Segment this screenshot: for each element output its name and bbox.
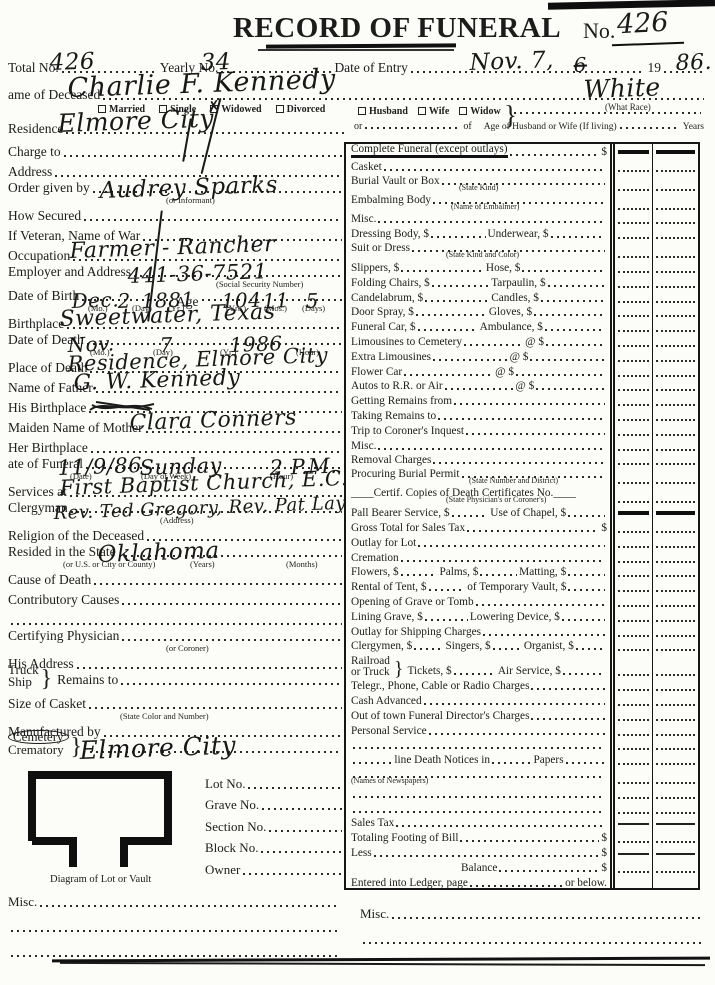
dotted-leader	[551, 236, 605, 238]
charge-label	[346, 786, 610, 801]
charge-text: Lining Grave, $	[351, 612, 423, 623]
amount-cell	[652, 423, 698, 438]
or-label: or	[354, 121, 362, 132]
dotted-leader	[530, 359, 605, 361]
form-field-row: Contributory Causes	[8, 588, 345, 608]
field-label: Lot No.	[205, 776, 245, 792]
dotted-leader	[568, 589, 605, 591]
charge-text: Cash Advanced	[351, 696, 422, 707]
amount-cell	[610, 438, 652, 453]
amount-cell	[652, 453, 698, 468]
misc-label: Misc.	[360, 906, 389, 922]
field-label: Charge to	[8, 144, 61, 160]
charge-label: Funeral Car, $Ambulance, $	[346, 319, 610, 334]
field-label: Contributory Causes	[8, 592, 119, 608]
dotted-leader	[510, 154, 600, 156]
amount-cell	[610, 678, 652, 693]
charge-label: Autos to R.R. or Air@ $	[346, 379, 610, 394]
dotted-leader	[522, 270, 605, 272]
charge-label: Taking Remains to	[346, 408, 610, 423]
charge-text: Flower Car	[351, 367, 402, 378]
field-label: Services at	[8, 484, 67, 500]
amount-cell	[610, 830, 652, 845]
field-label: Block No.	[205, 840, 258, 856]
charge-label: Lining Grave, $Lowering Device, $	[346, 609, 610, 624]
amount-cell	[610, 275, 652, 290]
dotted-leader	[378, 221, 605, 223]
charge-label: Flowers, $Palms, $Matting, $	[346, 565, 610, 580]
title-underline	[266, 43, 456, 48]
dotted-leader	[401, 574, 438, 576]
dotted-leader	[77, 667, 342, 669]
amount-cell	[610, 174, 652, 193]
charge-label: ____Certif. Copies of Death Certificates…	[346, 486, 610, 505]
charge-label: Sales Tax	[346, 816, 610, 831]
amount-cell	[652, 860, 698, 875]
charge-text: Pall Bearer Service, $	[351, 508, 450, 519]
amount-cell	[610, 609, 652, 624]
charge-text: Getting Remains from	[351, 396, 452, 407]
dotted-leader	[514, 112, 701, 114]
dotted-leader	[353, 747, 605, 749]
amount-cell	[652, 349, 698, 364]
amount-cell	[652, 816, 698, 831]
blank-line	[8, 910, 342, 935]
dotted-leader	[562, 619, 605, 621]
amount-cell	[610, 379, 652, 394]
charge-row: Dressing Body, $Underwear, $	[346, 226, 698, 241]
spouse-checkbox-row: HusbandWifeWidow	[358, 104, 704, 117]
charge-row: Totaling Footing of Bill$	[346, 830, 698, 845]
charge-label: Removal Charges	[346, 453, 610, 468]
charge-text: Misc.	[351, 214, 376, 225]
dotted-leader	[454, 403, 605, 405]
charge-text: $	[601, 147, 607, 158]
amount-cell	[652, 624, 698, 639]
charge-row: Trip to Coroner's Inquest	[346, 423, 698, 438]
charge-text: Flowers, $	[351, 567, 399, 578]
charge-text: Underwear, $	[488, 229, 549, 240]
form-field-row: Her Birthplace	[8, 436, 345, 456]
of-label: of	[463, 121, 471, 132]
charge-text: $	[601, 833, 607, 844]
charge-label: Clergymen, $Singers, $Organist, $	[346, 639, 610, 654]
charge-row	[346, 786, 698, 801]
amount-cell	[652, 364, 698, 379]
dotted-leader	[414, 648, 443, 650]
charge-label: Balance$	[346, 860, 610, 875]
dotted-leader	[418, 545, 605, 547]
dotted-leader	[122, 603, 342, 605]
dotted-leader	[531, 718, 605, 720]
charge-row	[346, 738, 698, 753]
charge-label: Misc.	[346, 212, 610, 227]
name-row: ame of Deceased Charlie F. Kennedy White…	[8, 76, 707, 103]
amount-cell	[610, 144, 652, 159]
charge-text: Limousines to Cemetery	[351, 337, 462, 348]
charge-text: Folding Chairs, $	[351, 278, 430, 289]
charge-text: Matting, $	[519, 567, 566, 578]
form-field-row: TruckShip}Remains to	[8, 672, 345, 696]
charge-label: Getting Remains from	[346, 393, 610, 408]
charge-label: Complete Funeral (except outlays)$	[346, 144, 610, 159]
dotted-leader	[11, 930, 339, 932]
dotted-leader	[384, 169, 605, 171]
brace-icon: }	[41, 670, 53, 688]
lot-field-row: Lot No.	[205, 770, 345, 792]
dotted-leader	[545, 329, 605, 331]
dotted-leader	[248, 787, 342, 789]
charge-row: Getting Remains from	[346, 393, 698, 408]
lot-field-row: Block No.	[205, 835, 345, 857]
form-field-row: Certifying Physician(or Coroner)	[8, 628, 345, 652]
dotted-leader	[396, 825, 605, 827]
brace-label: CemeteryCrematory	[8, 730, 69, 756]
amount-cell	[652, 438, 698, 453]
amount-cell	[652, 260, 698, 275]
brace-icon: }	[504, 100, 517, 131]
charge-text: Less	[351, 848, 372, 859]
amount-cell	[610, 752, 652, 767]
charge-row: Door Spray, $Gloves, $	[346, 305, 698, 320]
form-field-row: Order given byAudrey Sparks(or Informant…	[8, 180, 345, 204]
amount-cell	[652, 786, 698, 801]
amount-cell	[610, 816, 652, 831]
charge-text: line Death Notices in	[394, 755, 490, 766]
amount-cell	[652, 290, 698, 305]
amount-cell	[652, 738, 698, 753]
charge-row: Candelabrum, $Candles, $	[346, 290, 698, 305]
charge-row: Balance$	[346, 860, 698, 875]
dotted-leader	[122, 639, 342, 641]
charge-text: @ $	[510, 352, 529, 363]
charge-label: Less$	[346, 845, 610, 860]
checkbox-widow: Widow	[459, 106, 500, 117]
blank-line	[8, 935, 342, 960]
charge-text: Suit or Dress	[351, 243, 410, 254]
amount-cell	[610, 653, 652, 678]
charge-label	[346, 801, 610, 816]
form-field-row: Size of Casket(State Color and Number)	[8, 696, 345, 720]
field-label: Owner	[205, 862, 240, 878]
field-label: Order given by	[8, 180, 90, 196]
form-field-row: Name of FatherG. W. Kennedy	[8, 376, 345, 396]
amount-cell	[652, 653, 698, 678]
dotted-leader	[94, 583, 342, 585]
dotted-leader	[492, 762, 531, 764]
lot-field-row: Section No.	[205, 813, 345, 835]
charge-text: Candelabrum, $	[351, 293, 423, 304]
handwritten-value: G. W. Kennedy	[73, 367, 240, 395]
charge-row: Sales Tax	[346, 816, 698, 831]
charge-text: Totaling Footing of Bill	[351, 833, 458, 844]
field-label: Her Birthplace	[8, 440, 88, 456]
charge-text: @ $	[495, 367, 514, 378]
amount-cell	[652, 875, 698, 890]
amount-cell	[652, 693, 698, 708]
charge-row: line Death Notices inPapers	[346, 752, 698, 767]
dotted-leader	[353, 762, 392, 764]
dotted-leader	[438, 418, 605, 420]
charge-text: Singers, $	[445, 641, 490, 652]
dotted-leader	[563, 673, 605, 675]
field-label: How Secured	[8, 208, 81, 224]
spouse-or-row: or of Age of Husband or Wife (If living)…	[352, 117, 704, 132]
charge-row: Gross Total for Sales Tax$	[346, 520, 698, 535]
dotted-leader	[11, 955, 339, 957]
charge-label: Folding Chairs, $Tarpaulin, $	[346, 275, 610, 290]
charge-text: Funeral Car, $	[351, 322, 416, 333]
charge-label: Trip to Coroner's Inquest	[346, 423, 610, 438]
misc-section-left: Misc.	[8, 886, 342, 960]
dotted-leader	[483, 634, 605, 636]
form-field-row: His Address	[8, 652, 345, 672]
amount-cell	[610, 349, 652, 364]
dotted-leader	[516, 374, 605, 376]
form-field-row: How Secured	[8, 204, 345, 224]
amount-cell	[610, 801, 652, 816]
charge-text: Tickets, $	[408, 666, 452, 677]
funeral-record-scan: RECORD OF FUNERAL No. 426 Total No. Year…	[0, 0, 715, 985]
amount-cell	[652, 752, 698, 767]
blank-line	[360, 922, 704, 947]
charge-row: Procuring Burial Permit(State Number and…	[346, 467, 698, 486]
charge-label: line Death Notices inPapers	[346, 752, 610, 767]
amount-cell	[652, 408, 698, 423]
charge-row: Pall Bearer Service, $Use of Chapel, $	[346, 505, 698, 520]
spouse-block: HusbandWifeWidow or of Age of Husband or…	[352, 104, 706, 132]
brace-label: Railroador Truck	[351, 656, 390, 677]
charge-label: Casket	[346, 159, 610, 174]
charge-text: Gross Total for Sales Tax	[351, 523, 465, 534]
dotted-leader	[353, 811, 605, 813]
field-label: Birthplace	[8, 316, 64, 332]
charge-text: Slippers, $	[351, 263, 399, 274]
dotted-leader	[374, 855, 600, 857]
dotted-leader	[418, 329, 478, 331]
dotted-leader	[566, 762, 605, 764]
charge-row: Folding Chairs, $Tarpaulin, $	[346, 275, 698, 290]
charge-row: Autos to R.R. or Air@ $	[346, 379, 698, 394]
amount-cell	[652, 226, 698, 241]
document-number-label: No.	[583, 18, 615, 44]
name-of-deceased-value: Charlie F. Kennedy	[67, 66, 336, 102]
dotted-leader	[84, 219, 342, 221]
dotted-leader	[534, 314, 605, 316]
dotted-leader	[460, 840, 599, 842]
amount-cell	[652, 486, 698, 505]
checkbox-husband: Husband	[358, 106, 408, 117]
amount-cell	[610, 845, 652, 860]
charge-text: Burial Vault or Box	[351, 176, 440, 187]
bottom-rule-2	[60, 962, 705, 966]
dotted-leader	[568, 515, 605, 517]
charge-text: $	[601, 848, 607, 859]
dotted-leader	[401, 270, 484, 272]
charges-box: Complete Funeral (except outlays)$Casket…	[344, 142, 700, 890]
amount-cell	[610, 226, 652, 241]
form-field-row: Charge to	[8, 140, 345, 160]
amount-cell	[652, 174, 698, 193]
amount-cell	[610, 453, 652, 468]
dotted-leader	[432, 285, 489, 287]
charge-text: Hose, $	[486, 263, 521, 274]
charge-text: Procuring Burial Permit	[351, 469, 460, 480]
charge-label: Railroador Truck}Tickets, $Air Service, …	[346, 653, 610, 678]
dotted-leader	[404, 374, 493, 376]
lot-field-row: Owner	[205, 856, 345, 878]
dotted-leader	[466, 433, 605, 435]
charge-label: Door Spray, $Gloves, $	[346, 305, 610, 320]
charge-row: Complete Funeral (except outlays)$	[346, 144, 698, 159]
charge-row: Casket	[346, 159, 698, 174]
charge-text: of Temporary Vault, $	[467, 582, 566, 593]
dotted-leader	[531, 688, 605, 690]
amount-cell	[652, 767, 698, 786]
amount-cell	[610, 290, 652, 305]
amount-cell	[652, 723, 698, 738]
dotted-leader	[401, 560, 605, 562]
charge-sublabel: (Name of Embalmer)	[451, 201, 519, 212]
charge-label: Extra Limousines@ $	[346, 349, 610, 364]
charge-text: Sales Tax	[351, 818, 394, 829]
charge-text: Tarpaulin, $	[491, 278, 545, 289]
charge-row: Cremation	[346, 550, 698, 565]
charge-text: Air Service, $	[498, 666, 561, 677]
amount-cell	[652, 550, 698, 565]
amount-cell	[610, 708, 652, 723]
form-field-row: Resided in the StateOklahoma(or U.S. or …	[8, 544, 345, 568]
amount-cell	[652, 334, 698, 349]
amount-cell	[652, 159, 698, 174]
charge-label: Rental of Tent, $of Temporary Vault, $	[346, 579, 610, 594]
date-of-entry-scribble: 6	[573, 55, 587, 75]
charge-sublabel: (Names of Newspapers)	[351, 775, 428, 786]
charge-text: Telegr., Phone, Cable or Radio Charges	[351, 681, 529, 692]
amount-cell	[652, 505, 698, 520]
amount-cell	[610, 723, 652, 738]
charge-row	[346, 801, 698, 816]
charge-label: Opening of Grave or Tomb	[346, 594, 610, 609]
amount-cell	[610, 860, 652, 875]
residence-label: Residence	[8, 121, 63, 137]
charge-row: Suit or Dress(State Kind and Color)	[346, 241, 698, 260]
brace-icon: }	[394, 661, 404, 677]
checkbox-icon	[459, 107, 467, 115]
field-label: Date of Birth	[8, 288, 79, 304]
charge-text: Entered into Ledger, page	[351, 878, 468, 889]
dotted-leader	[433, 462, 605, 464]
dotted-leader	[541, 300, 605, 302]
charge-label: Flower Car@ $	[346, 364, 610, 379]
charge-text: Organist, $	[524, 641, 574, 652]
charge-row: Outlay for Lot	[346, 535, 698, 550]
amount-cell	[652, 393, 698, 408]
charge-text: Opening of Grave or Tomb	[351, 597, 474, 608]
amount-cell	[652, 212, 698, 227]
dotted-leader	[452, 515, 489, 517]
dotted-leader	[476, 604, 605, 606]
charge-text: Outlay for Shipping Charges	[351, 627, 481, 638]
amount-cell	[652, 144, 698, 159]
charge-text: Out of town Funeral Director's Charges	[351, 711, 529, 722]
field-label: Employer and Address	[8, 264, 131, 280]
dotted-leader	[454, 673, 496, 675]
field-label: His Birthplace	[8, 400, 86, 416]
amount-cell	[610, 305, 652, 320]
dotted-leader	[546, 344, 605, 346]
amount-cell	[610, 319, 652, 334]
race-value: White	[583, 74, 661, 102]
amount-cell	[610, 579, 652, 594]
amount-cell	[652, 305, 698, 320]
amount-cell	[610, 334, 652, 349]
charge-row: Taking Remains to	[346, 408, 698, 423]
handwritten-value: Clara Conners	[129, 407, 297, 435]
amount-cell	[610, 193, 652, 212]
amount-cell	[652, 801, 698, 816]
charge-label: Candelabrum, $Candles, $	[346, 290, 610, 305]
lot-fields: Lot No.Grave No.Section No.Block No.Owne…	[205, 770, 345, 878]
amount-cell	[610, 594, 652, 609]
dotted-leader	[536, 388, 605, 390]
charge-row: Flower Car@ $	[346, 364, 698, 379]
form-field-row: Employer and Address441-36-7521(Social S…	[8, 264, 345, 288]
amount-cell	[610, 212, 652, 227]
document-number-underline	[612, 42, 684, 47]
form-field-row	[8, 608, 345, 628]
misc-label: Misc.	[8, 894, 37, 910]
field-label: Remains to	[57, 672, 118, 688]
dotted-leader	[576, 648, 605, 650]
dotted-leader	[464, 344, 523, 346]
charge-label: Misc.	[346, 438, 610, 453]
charge-label: Gross Total for Sales Tax$	[346, 520, 610, 535]
checkbox-icon	[358, 107, 366, 115]
field-label: Grave No.	[205, 797, 259, 813]
amount-cell	[610, 786, 652, 801]
dotted-leader	[392, 917, 701, 919]
charge-row: Misc.	[346, 438, 698, 453]
residence-row: Residence Elmore City	[8, 111, 348, 137]
dotted-leader	[429, 589, 466, 591]
dotted-leader	[445, 388, 514, 390]
amount-cell	[652, 535, 698, 550]
field-label: Section No.	[205, 819, 266, 835]
field-label: Cause of Death	[8, 572, 91, 588]
charge-label: Totaling Footing of Bill$	[346, 830, 610, 845]
amount-cell	[652, 639, 698, 654]
form-field-row: ClergymanRev. Ted Gregory, Rev. Pat Layn…	[8, 500, 345, 524]
charge-row: Personal Service	[346, 723, 698, 738]
dotted-leader	[365, 127, 460, 129]
amount-cell	[652, 708, 698, 723]
page-title: RECORD OF FUNERAL	[233, 12, 561, 45]
misc-row: Misc.	[360, 898, 704, 922]
charge-row: Flowers, $Palms, $Matting, $	[346, 565, 698, 580]
field-label: Address	[8, 164, 52, 180]
charge-row: Lining Grave, $Lowering Device, $	[346, 609, 698, 624]
charge-label: Entered into Ledger, pageor below.	[346, 875, 610, 890]
dotted-leader	[433, 359, 508, 361]
charge-text: Trip to Coroner's Inquest	[351, 426, 464, 437]
amount-cell	[610, 693, 652, 708]
amount-cell	[652, 565, 698, 580]
charge-row: Rental of Tent, $of Temporary Vault, $	[346, 579, 698, 594]
dotted-leader	[353, 796, 605, 798]
amount-cell	[652, 467, 698, 486]
amount-cell	[652, 379, 698, 394]
